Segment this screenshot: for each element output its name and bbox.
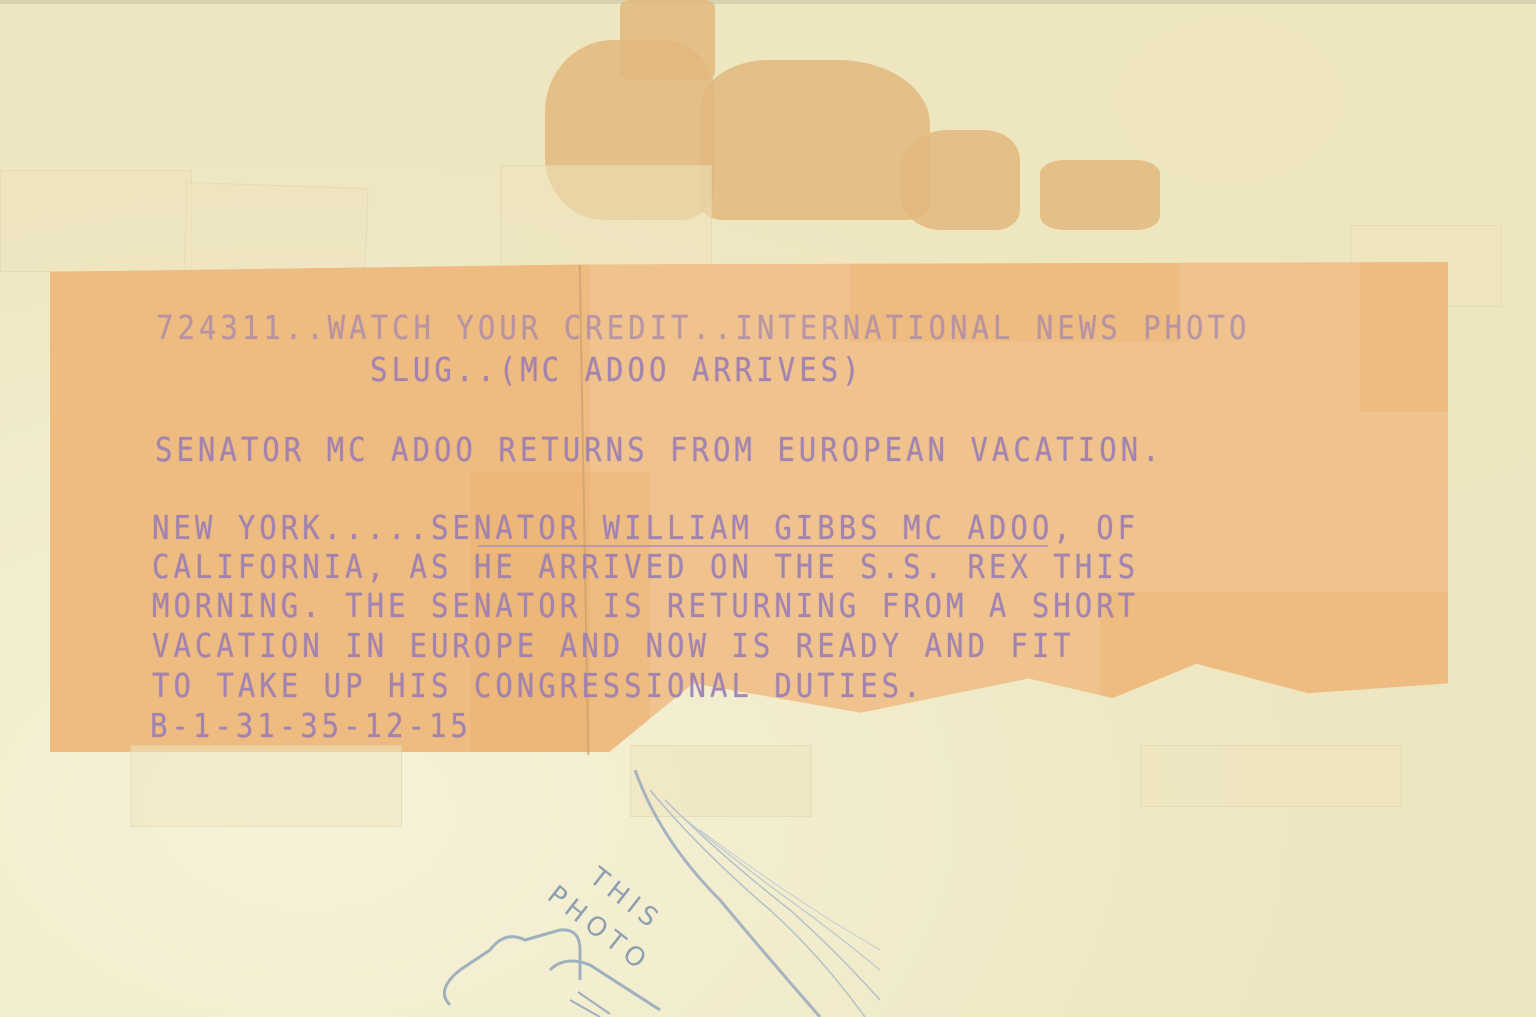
caption-body-line: CALIFORNIA, AS HE ARRIVED ON THE S.S. RE… <box>152 547 1139 586</box>
tape-stain <box>1040 160 1160 230</box>
tape-strip <box>1140 745 1402 807</box>
caption-body-line: NEW YORK.....SENATOR WILLIAM GIBBS MC AD… <box>152 508 1139 547</box>
caption-headline: SENATOR MC ADOO RETURNS FROM EUROPEAN VA… <box>155 430 1164 469</box>
credit-header-line: 724311..WATCH YOUR CREDIT..INTERNATIONAL… <box>156 308 1250 347</box>
caption-code-line: B-1-31-35-12-15 <box>150 706 472 745</box>
tape-strip <box>130 745 402 827</box>
caption-body-line: MORNING. THE SENATOR IS RETURNING FROM A… <box>152 586 1139 625</box>
caption-body-line: VACATION IN EUROPE AND NOW IS READY AND … <box>152 626 1075 665</box>
paper-top-edge <box>0 0 1536 4</box>
tape-strip <box>500 165 712 267</box>
tape-stain <box>620 0 715 80</box>
tape-stain <box>700 60 930 220</box>
tape-strip <box>0 170 192 272</box>
slug-line: SLUG..(MC ADOO ARRIVES) <box>370 350 864 389</box>
caption-body-line: TO TAKE UP HIS CONGRESSIONAL DUTIES. <box>152 666 925 705</box>
tape-strip <box>183 182 368 280</box>
tape-stain <box>900 130 1020 230</box>
stamp-wing-icon <box>620 770 880 1017</box>
